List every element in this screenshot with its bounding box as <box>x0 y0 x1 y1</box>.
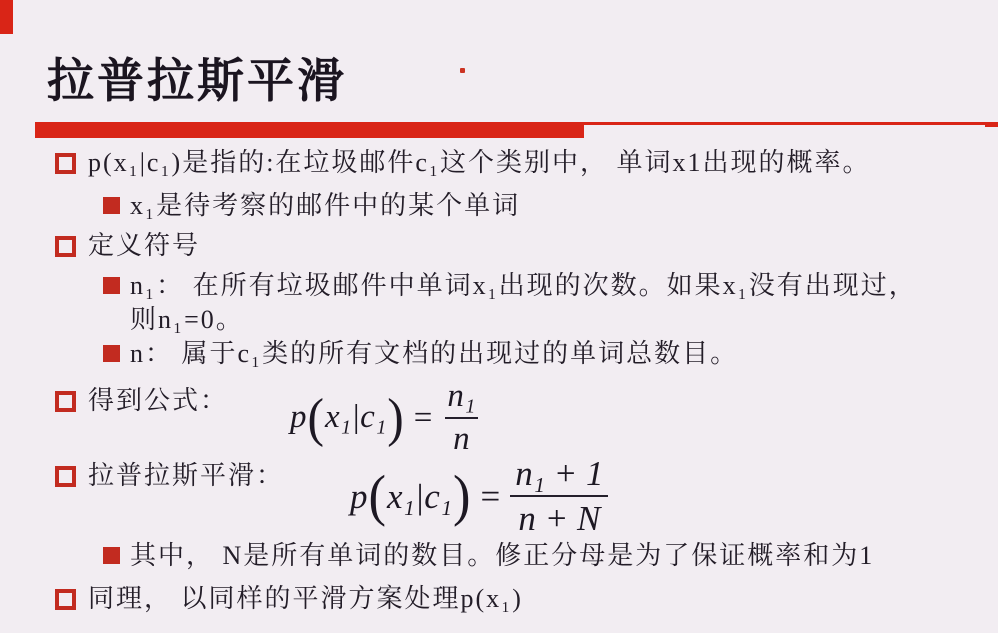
formula-args: x₁|c₁ <box>325 398 386 438</box>
fraction-numerator: n₁ + 1 <box>509 453 609 495</box>
close-paren: ) <box>387 391 403 444</box>
equals-sign: = <box>472 477 510 517</box>
formula-p: p <box>290 398 307 438</box>
bullet-item-3: 得到公式： <box>55 384 228 418</box>
hollow-square-bullet-icon <box>55 589 76 610</box>
sub-bullet-text: n： 属于c₁类的所有文档的出现过的单词总数目。 <box>130 337 738 371</box>
fraction: n₁ n <box>441 377 481 459</box>
sub-bullet-item-2: n₁： 在所有垃圾邮件中单词x₁出现的次数。如果x₁没有出现过，则n₁=0。 <box>103 269 917 337</box>
hollow-square-bullet-icon <box>55 153 76 174</box>
bullet-item-5: 同理， 以同样的平滑方案处理p(x₁) <box>55 582 523 616</box>
fraction-denominator: n + N <box>510 495 608 540</box>
bullet-text: 定义符号 <box>88 229 200 263</box>
sub-bullet-item-1: x₁是待考察的邮件中的某个单词 <box>103 189 520 223</box>
title-underline-bar <box>35 122 584 138</box>
formula-args: x₁|c₁ <box>387 476 452 518</box>
hollow-square-bullet-icon <box>55 391 76 412</box>
sub-bullet-line-2: 则n₁=0。 <box>130 305 244 334</box>
filled-square-bullet-icon <box>103 277 120 294</box>
open-paren: ( <box>369 468 386 525</box>
bullet-item-4: 拉普拉斯平滑： <box>55 459 284 493</box>
sub-bullet-line-1: n₁： 在所有垃圾邮件中单词x₁出现的次数。如果x₁没有出现过， <box>130 271 917 300</box>
red-dot <box>460 68 465 73</box>
bullet-text: 同理， 以同样的平滑方案处理p(x₁) <box>88 582 523 616</box>
sub-bullet-text: x₁是待考察的邮件中的某个单词 <box>130 189 520 223</box>
bullet-text: 拉普拉斯平滑： <box>88 459 284 493</box>
fraction-numerator: n₁ <box>441 377 481 417</box>
corner-accent-strip <box>0 0 13 34</box>
close-paren: ) <box>453 468 470 525</box>
fraction: n₁ + 1 n + N <box>509 453 609 540</box>
slide-title: 拉普拉斯平滑 <box>47 44 347 111</box>
filled-square-bullet-icon <box>103 345 120 362</box>
title-underline-line <box>584 122 985 125</box>
filled-square-bullet-icon <box>103 547 120 564</box>
formula-laplace-smoothing: p(x₁|c₁)= n₁ + 1 n + N <box>350 453 610 540</box>
title-underline-end-stub <box>985 122 998 127</box>
bullet-item-1: p(x₁|c₁)是指的:在垃圾邮件c₁这个类别中， 单词x1出现的概率。 <box>55 146 871 180</box>
formula-base: p(x₁|c₁)= n₁ n <box>290 377 481 459</box>
bullet-text: 得到公式： <box>88 384 228 418</box>
open-paren: ( <box>308 391 324 444</box>
hollow-square-bullet-icon <box>55 236 76 257</box>
sub-bullet-item-3: n： 属于c₁类的所有文档的出现过的单词总数目。 <box>103 337 738 371</box>
sub-bullet-text: n₁： 在所有垃圾邮件中单词x₁出现的次数。如果x₁没有出现过，则n₁=0。 <box>130 269 917 337</box>
bullet-item-2: 定义符号 <box>55 229 200 263</box>
bullet-text: p(x₁|c₁)是指的:在垃圾邮件c₁这个类别中， 单词x1出现的概率。 <box>88 146 871 180</box>
sub-bullet-text: 其中， N是所有单词的数目。修正分母是为了保证概率和为1 <box>130 539 874 573</box>
equals-sign: = <box>405 400 442 437</box>
sub-bullet-item-4: 其中， N是所有单词的数目。修正分母是为了保证概率和为1 <box>103 539 874 573</box>
formula-p: p <box>350 476 368 518</box>
hollow-square-bullet-icon <box>55 466 76 487</box>
filled-square-bullet-icon <box>103 197 120 214</box>
